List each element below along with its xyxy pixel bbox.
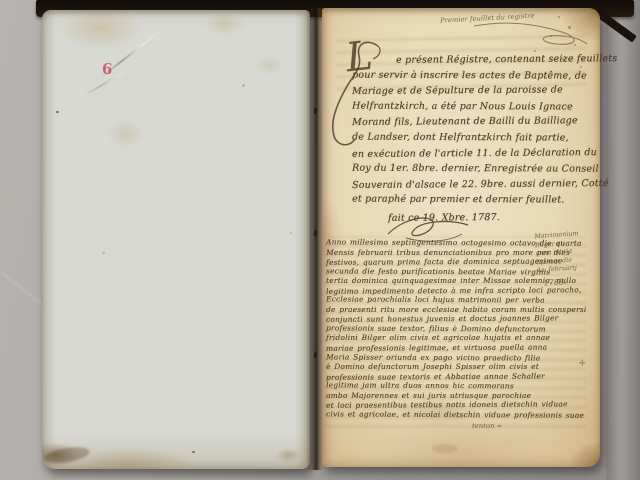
handwritten-line: Ecclesiae parochialis loci hujus matrimo… <box>326 295 586 306</box>
handwritten-line: Roy du 1er. 8bre. dernier, Enregistrée a… <box>352 161 590 178</box>
register-photograph: 6 Premier feuillet du registre L e prése… <box>0 0 640 480</box>
right-page: Premier feuillet du registre L e présent… <box>322 8 600 467</box>
stain <box>43 444 91 465</box>
binding-stitch <box>314 108 318 114</box>
foxing-speck <box>242 84 245 87</box>
foxing-speck <box>550 35 552 37</box>
handwritten-line: Maria Spisser oriunda ex pago vicino pra… <box>326 352 586 363</box>
foxing-speck <box>580 66 582 68</box>
backdrop-fold-highlight <box>606 0 640 480</box>
foxing-speck <box>568 26 571 29</box>
handwritten-line: Mariage et de Sépulture de la paroisse d… <box>352 82 590 99</box>
foxing-speck <box>290 232 292 234</box>
margin-cross-mark: + <box>578 358 586 369</box>
foxing-speck <box>574 44 576 46</box>
handwritten-line: è Domino defunctorum Josephi Spisser oli… <box>326 362 586 372</box>
margin-note: MatrimoniumBilger etanna mariaSpisser di… <box>534 228 600 289</box>
handwritten-line: e présent Régistre, contenant seize feui… <box>396 51 590 68</box>
ink-speck <box>56 111 59 113</box>
handwritten-line: de Landser, dont Helfrantzkirch fait par… <box>352 129 590 146</box>
catchword: tenton = <box>472 422 502 430</box>
ink-speck <box>192 451 195 453</box>
foxing-speck <box>534 50 536 52</box>
opening-paragraph: e présent Régistre, contenant seize feui… <box>352 52 590 226</box>
handwritten-line: legitima jam ultra duos annos hic commor… <box>326 381 586 392</box>
handwritten-line: pour servir à inscrire les actes de Bapt… <box>352 67 590 84</box>
foxing-speck <box>558 16 560 18</box>
header-flourish-icon <box>470 16 592 52</box>
left-page: 6 <box>42 10 310 469</box>
handwritten-line: civis et agricolae, et nicolai dietschin… <box>326 409 586 420</box>
foxing-speck <box>562 58 564 60</box>
handwritten-line: professionis suae textor, filius è Domin… <box>326 323 586 334</box>
handwritten-line: Morand fils, Lieutenant de Bailli du Bai… <box>352 113 590 130</box>
binding-stitch <box>314 230 318 236</box>
binding-stitch <box>314 352 318 358</box>
stain <box>432 444 458 453</box>
handwritten-line: en exécution de l'article 11. de la Décl… <box>352 145 590 162</box>
handwritten-line: et paraphé par premier et dernier feuill… <box>352 192 590 209</box>
folio-number: 6 <box>101 60 113 79</box>
foxing-speck <box>102 252 105 254</box>
foxing-speck <box>552 150 554 152</box>
